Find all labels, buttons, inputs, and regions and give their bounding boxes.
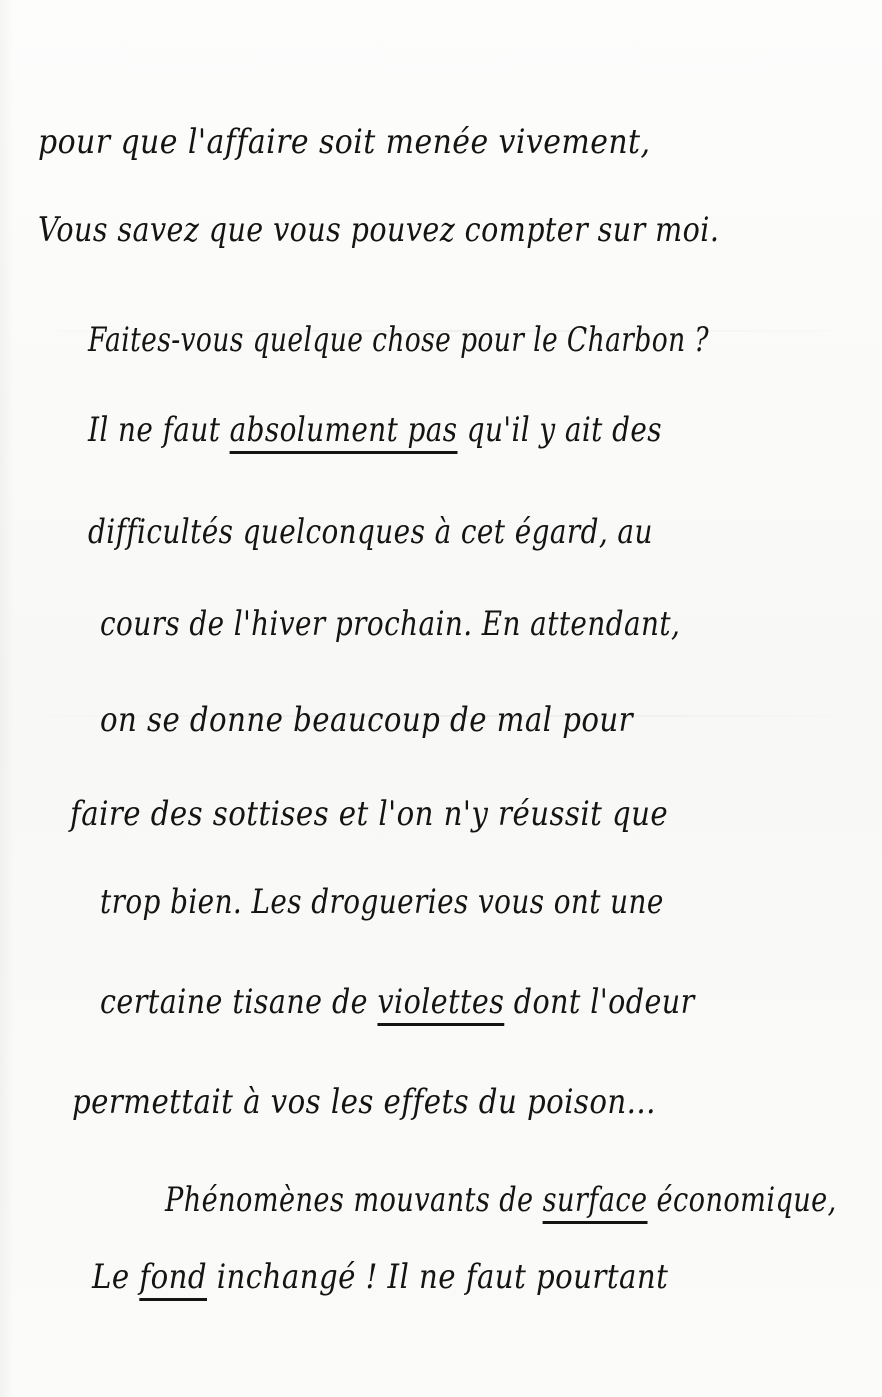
- line-segment: économique,: [648, 1180, 837, 1220]
- letter-line: Phénomènes mouvants de surface économiqu…: [165, 1180, 837, 1220]
- letter-line: Vous savez que vous pouvez compter sur m…: [38, 210, 719, 250]
- line-segment: Il ne faut: [88, 410, 230, 450]
- line-segment: Phénomènes mouvants de: [165, 1180, 543, 1220]
- underlined-word: violettes: [377, 982, 504, 1022]
- letter-line: certaine tisane de violettes dont l'odeu…: [100, 982, 695, 1022]
- letter-line: on se donne beaucoup de mal pour: [100, 700, 633, 740]
- underlined-word: surface: [543, 1180, 648, 1220]
- letter-line: Faites-vous quelque chose pour le Charbo…: [88, 320, 709, 360]
- letter-line: Le fond inchangé ! Il ne faut pourtant: [92, 1257, 668, 1297]
- letter-line: difficultés quelconques à cet égard, au: [88, 512, 653, 552]
- letter-line: permettait à vos les effets du poison...: [72, 1082, 656, 1122]
- underlined-word: absolument pas: [230, 410, 458, 450]
- letter-line: cours de l'hiver prochain. En attendant,: [100, 604, 680, 644]
- line-segment: inchangé ! Il ne faut pourtant: [207, 1257, 668, 1297]
- letter-line: trop bien. Les drogueries vous ont une: [100, 882, 664, 922]
- line-segment: dont l'odeur: [504, 982, 694, 1022]
- letter-line: faire des sottises et l'on n'y réussit q…: [70, 794, 668, 834]
- letter-line: Il ne faut absolument pas qu'il y ait de…: [88, 410, 662, 450]
- line-segment: certaine tisane de: [100, 982, 377, 1022]
- line-segment: Le: [92, 1257, 139, 1297]
- line-segment: qu'il y ait des: [457, 410, 661, 450]
- underlined-word: fond: [139, 1257, 207, 1297]
- letter-line: pour que l'affaire soit menée vivement,: [38, 122, 650, 162]
